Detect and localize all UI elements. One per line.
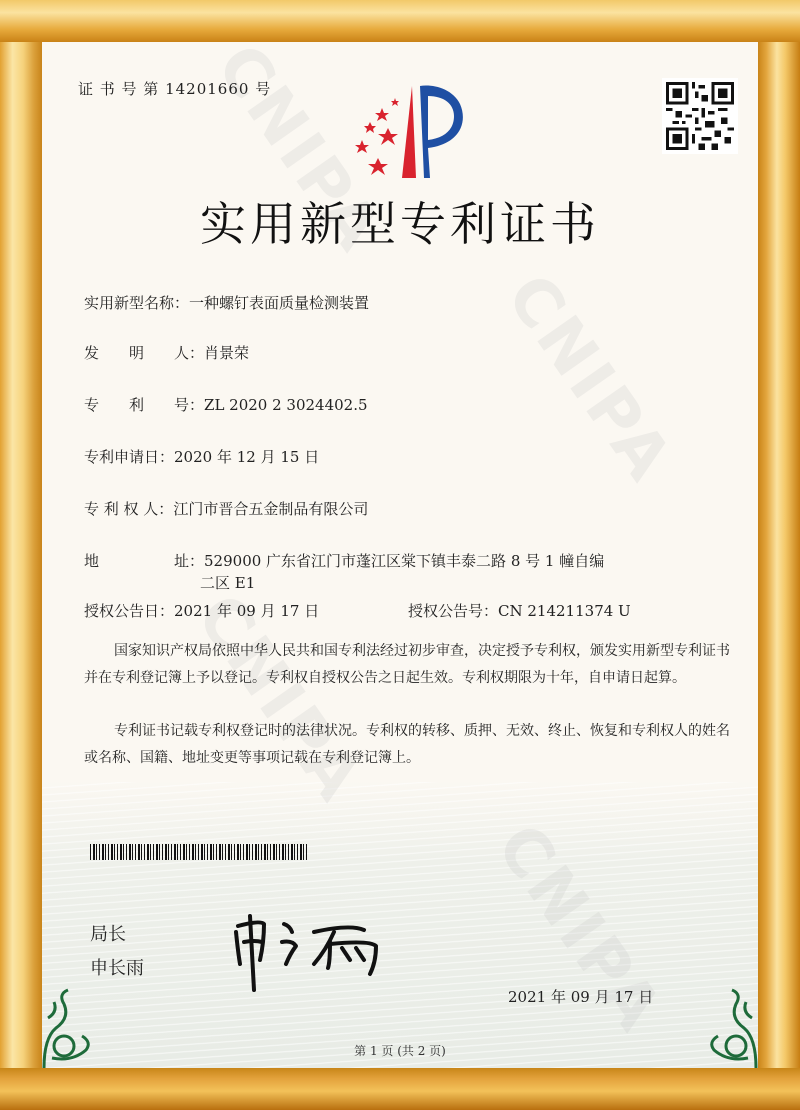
field-value: 2021 年 09 月 17 日 — [174, 602, 319, 620]
field-value: 二区 E1 — [200, 574, 255, 592]
frame-left — [0, 0, 42, 1110]
field-value: 529000 广东省江门市蓬江区棠下镇丰泰二路 8 号 1 幢自编 — [204, 552, 604, 570]
field-label: 专 利 号： — [84, 394, 204, 415]
field-label: 实用新型名称： — [84, 292, 189, 313]
frame-right — [758, 0, 800, 1110]
field-patentee: 专 利 权 人：江门市晋合五金制品有限公司 — [84, 498, 368, 519]
field-utility-model-name: 实用新型名称：一种螺钉表面质量检测装置 — [84, 292, 369, 313]
field-address-line2: 二区 E1 — [200, 572, 255, 593]
field-application-date: 专利申请日：2020 年 12 月 15 日 — [84, 446, 319, 467]
body-paragraph-2: 专利证书记载专利权登记时的法律状况。专利权的转移、质押、无效、终止、恢复和专利权… — [84, 718, 734, 772]
field-inventor: 发 明 人：肖景荣 — [84, 342, 249, 363]
field-label: 授权公告日： — [84, 600, 174, 621]
field-label: 专利申请日： — [84, 446, 174, 467]
certificate-paper: CNIPA CNIPA CNIPA CNIPA 证 书 号 第 14201660… — [42, 42, 758, 1068]
field-value: ZL 2020 2 3024402.5 — [204, 396, 368, 414]
cnipa-logo-icon — [340, 78, 470, 188]
page-title: 实用新型专利证书 — [42, 188, 758, 254]
cert-number-prefix: 证 书 号 第 — [78, 80, 159, 98]
field-value: 2020 年 12 月 15 日 — [174, 448, 319, 466]
watermark: CNIPA — [492, 262, 687, 497]
ornament-right-icon — [706, 988, 758, 1068]
field-value: 肖景荣 — [204, 344, 249, 362]
cert-number-suffix: 号 — [255, 80, 271, 98]
field-grant-number: 授权公告号：CN 214211374 U — [408, 600, 631, 621]
field-value: 江门市晋合五金制品有限公司 — [173, 500, 368, 518]
field-label: 地 址： — [84, 550, 204, 571]
signature-icon — [230, 902, 410, 992]
director-name: 申长雨 — [90, 954, 144, 980]
frame-top — [0, 0, 800, 42]
frame-bottom — [0, 1068, 800, 1110]
field-label: 专 利 权 人： — [84, 498, 173, 519]
page-indicator: 第 1 页 (共 2 页) — [42, 1042, 758, 1059]
sign-date: 2021 年 09 月 17 日 — [508, 986, 653, 1007]
body-paragraph-1: 国家知识产权局依照中华人民共和国专利法经过初步审查，决定授予专利权，颁发实用新型… — [84, 638, 734, 692]
field-value: CN 214211374 U — [498, 602, 631, 620]
certificate-number: 证 书 号 第 14201660 号 — [78, 78, 271, 99]
field-value: 一种螺钉表面质量检测装置 — [189, 294, 369, 312]
field-patent-number: 专 利 号：ZL 2020 2 3024402.5 — [84, 394, 368, 415]
ornament-left-icon — [42, 988, 94, 1068]
field-grant-date: 授权公告日：2021 年 09 月 17 日 — [84, 600, 319, 621]
barcode-icon — [90, 844, 308, 860]
field-address: 地 址：529000 广东省江门市蓬江区棠下镇丰泰二路 8 号 1 幢自编 — [84, 550, 604, 571]
field-label: 发 明 人： — [84, 342, 204, 363]
qr-code-icon — [662, 78, 738, 154]
cert-number-value: 14201660 — [165, 80, 249, 98]
director-title: 局长 — [90, 920, 126, 946]
field-label: 授权公告号： — [408, 600, 498, 621]
